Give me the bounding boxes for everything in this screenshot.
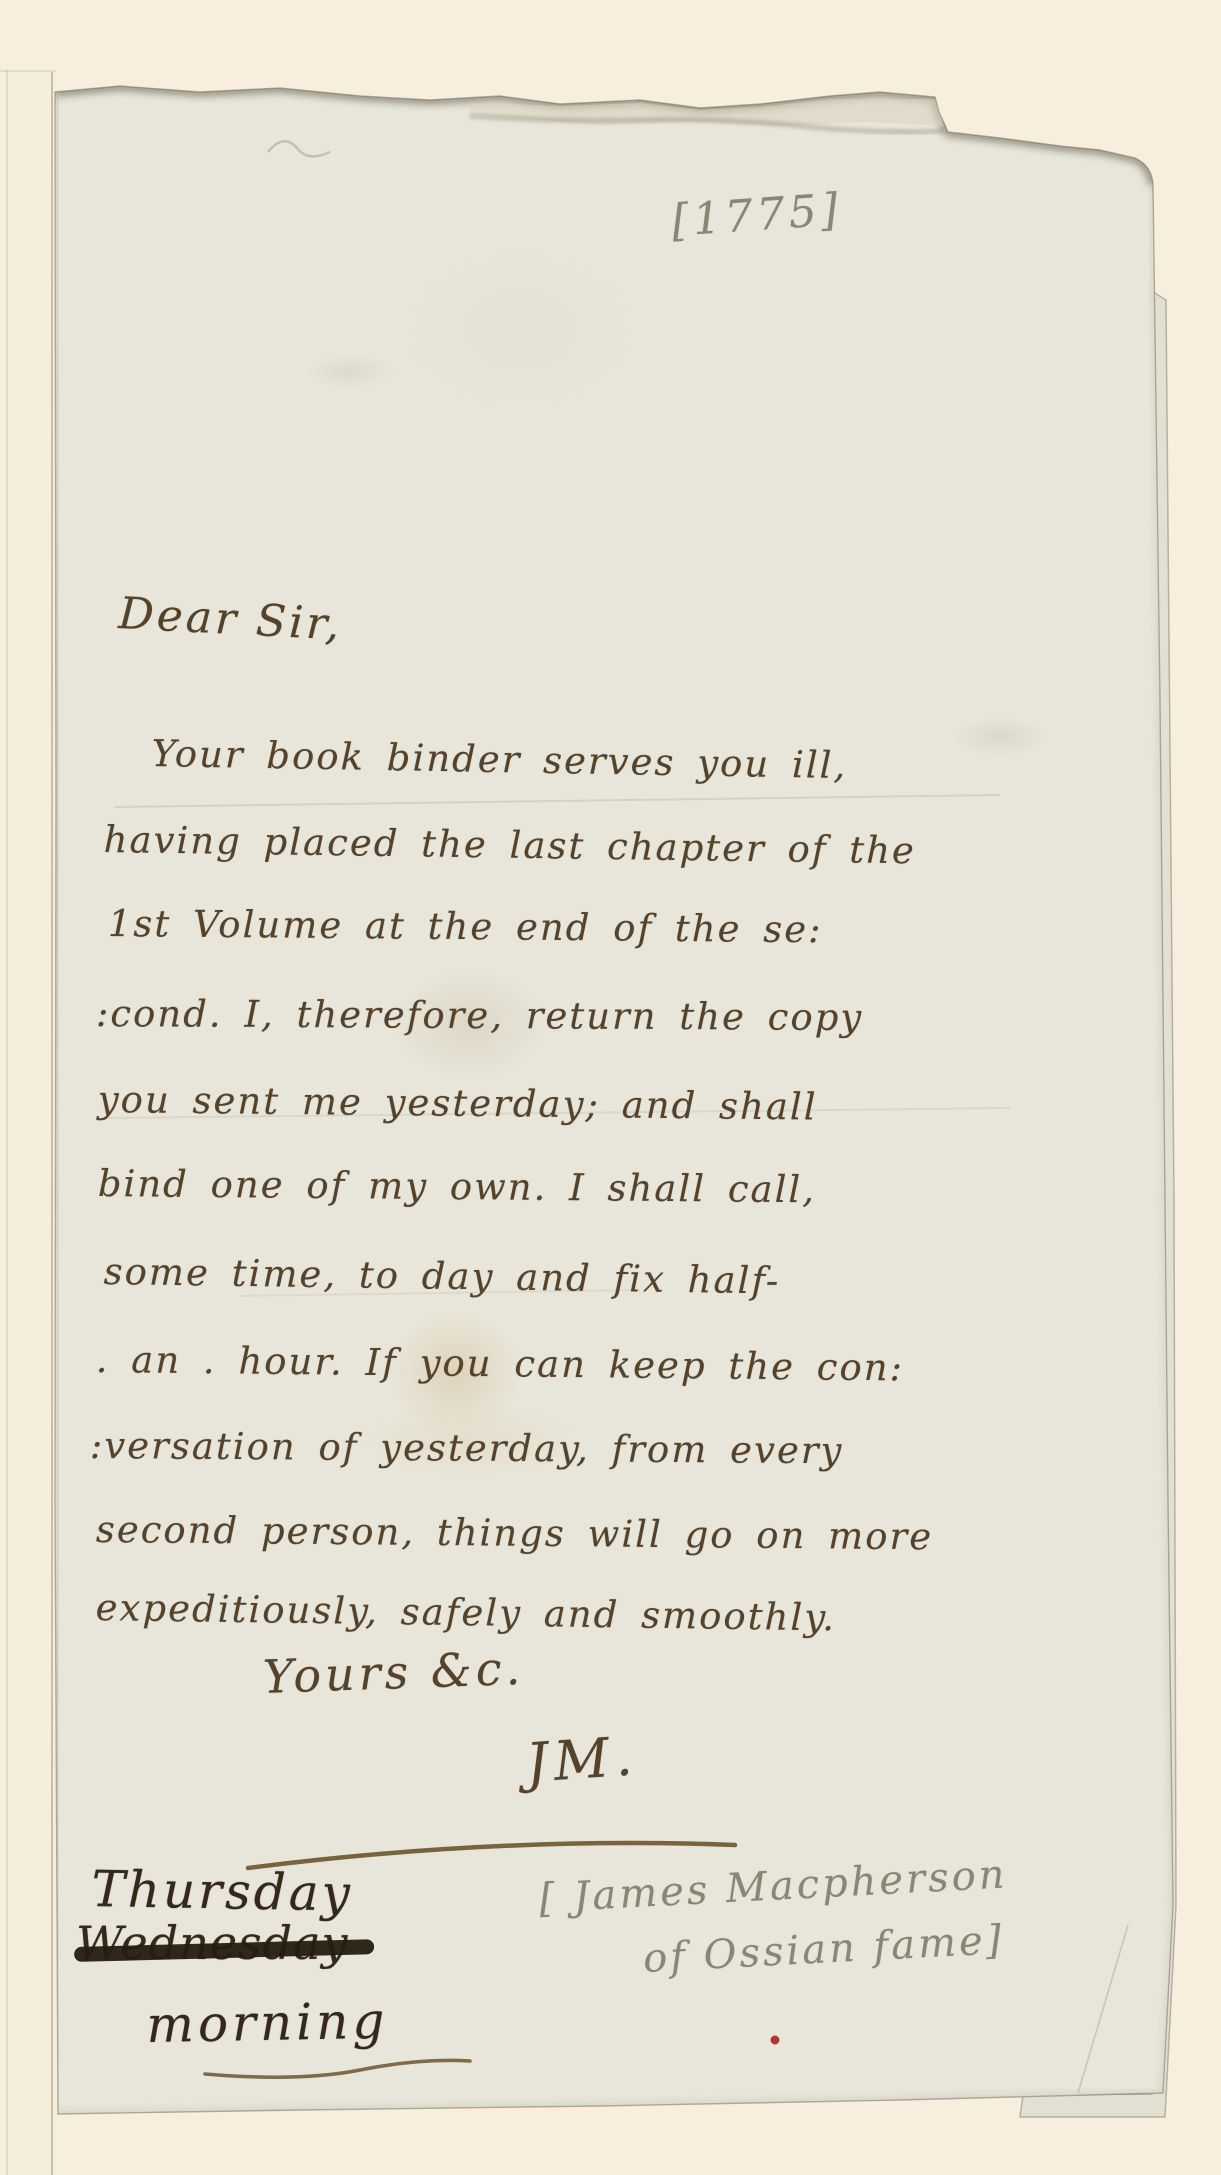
body-line: 1st Volume at the end of the se: [108, 902, 823, 951]
body-line: bind one of my own. I shall call, [98, 1162, 817, 1211]
dateline-day: Thursday [91, 1860, 353, 1923]
left-edge-shadow [57, 92, 58, 2114]
body-line: :versation of yesterday, from every [90, 1424, 844, 1472]
stain [390, 240, 650, 420]
red-dot [771, 2036, 780, 2045]
body-line: . an . hour. If you can keep the con: [96, 1338, 905, 1389]
signature: JM. [524, 1724, 640, 1795]
stain [304, 354, 396, 390]
body-line: :cond. I, therefore, return the copy [96, 992, 864, 1039]
body-line: second person, things will go on more [96, 1508, 934, 1558]
stain [952, 717, 1048, 757]
body-line: you sent me yesterday; and shall [98, 1078, 818, 1129]
closing-line: Yours &c. [262, 1641, 525, 1704]
dateline-time: morning [146, 1992, 389, 2054]
backing-page-strip [0, 70, 56, 2175]
manuscript-scan: [1775] Dear Sir, Your book binder serves… [0, 0, 1221, 2175]
